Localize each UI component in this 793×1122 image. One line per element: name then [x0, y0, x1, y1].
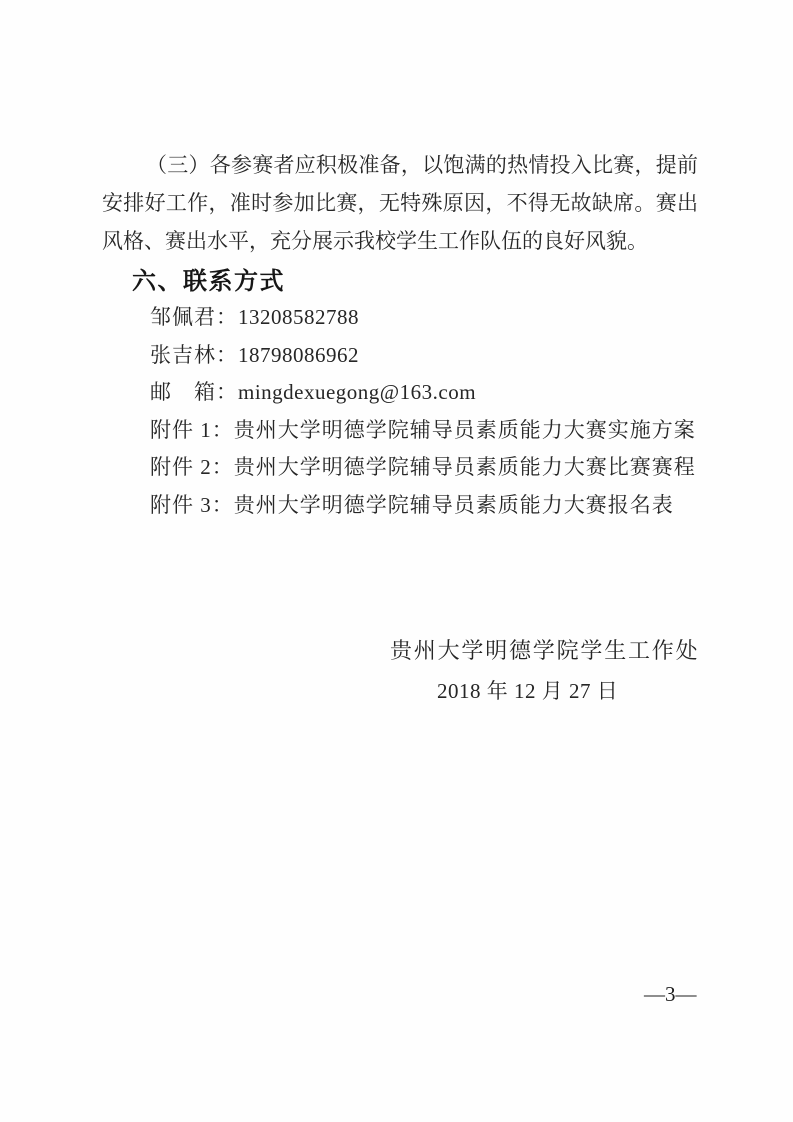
attachment-title: 贵州大学明德学院辅导员素质能力大赛实施方案 [234, 418, 696, 442]
attachment-line: 附件 3：贵州大学明德学院辅导员素质能力大赛报名表 [150, 487, 696, 525]
paragraph-line-2: 安排好工作，准时参加比赛，无特殊原因，不得无故缺席。赛出 [102, 184, 698, 222]
colon-separator: ： [212, 493, 234, 517]
colon-separator: ： [216, 380, 238, 404]
attachment-line: 附件 1：贵州大学明德学院辅导员素质能力大赛实施方案 [150, 412, 696, 450]
colon-separator: ： [212, 455, 234, 479]
contact-phone: 18798086962 [238, 343, 359, 367]
contact-phone: 13208582788 [238, 305, 359, 329]
contact-line: 邹佩君：13208582788 [150, 299, 696, 337]
attachment-title: 贵州大学明德学院辅导员素质能力大赛比赛赛程 [234, 455, 696, 479]
section-heading-contact-info: 六、联系方式 [132, 261, 285, 296]
paragraph-line-1: （三）各参赛者应积极准备，以饱满的热情投入比赛，提前 [102, 146, 698, 184]
contact-name: 张吉林 [150, 343, 216, 367]
contact-attachment-list: 邹佩君：13208582788 张吉林：18798086962 邮 箱：ming… [150, 299, 696, 524]
paragraph-line-3: 风格、赛出水平，充分展示我校学生工作队伍的良好风貌。 [102, 222, 698, 260]
contact-line: 邮 箱：mingdexuegong@163.com [150, 374, 696, 412]
body-paragraph: （三）各参赛者应积极准备，以饱满的热情投入比赛，提前 安排好工作，准时参加比赛，… [102, 146, 698, 260]
attachment-title: 贵州大学明德学院辅导员素质能力大赛报名表 [234, 493, 674, 517]
document-page: （三）各参赛者应积极准备，以饱满的热情投入比赛，提前 安排好工作，准时参加比赛，… [0, 0, 793, 1122]
attachment-label: 附件 1 [150, 418, 212, 442]
signature-organization: 贵州大学明德学院学生工作处 [390, 634, 699, 665]
attachment-label: 附件 3 [150, 493, 212, 517]
attachment-label: 附件 2 [150, 455, 212, 479]
contact-name: 邹佩君 [150, 305, 216, 329]
colon-separator: ： [216, 343, 238, 367]
colon-separator: ： [216, 305, 238, 329]
colon-separator: ： [212, 418, 234, 442]
contact-email: mingdexuegong@163.com [238, 380, 476, 404]
page-number: —3— [644, 982, 697, 1007]
contact-name: 邮 箱 [150, 380, 216, 404]
contact-line: 张吉林：18798086962 [150, 337, 696, 375]
signature-date: 2018 年 12 月 27 日 [437, 675, 618, 705]
attachment-line: 附件 2：贵州大学明德学院辅导员素质能力大赛比赛赛程 [150, 449, 696, 487]
